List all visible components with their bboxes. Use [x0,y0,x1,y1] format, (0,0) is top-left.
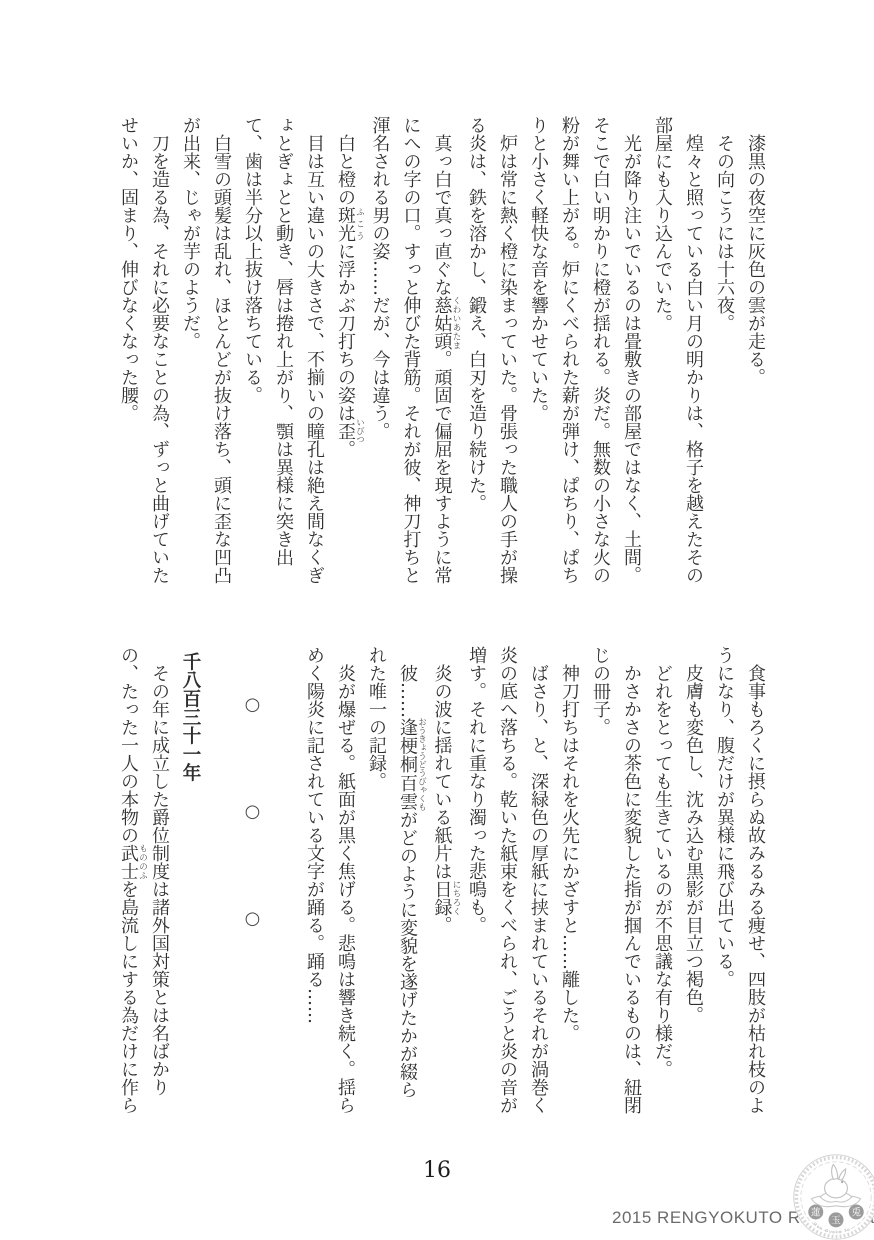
chapter-heading: 千八百三十一年 [175,646,206,1116]
stamp-kanji-ren: 蓮 [811,1205,821,1218]
paragraph: その年に成立した爵位制度は諸外国対策とは名ばかりの、たった一人の本物の武士ものの… [113,646,175,1116]
paragraph: その向こうには十六夜。 [709,116,740,586]
paragraph: 炉は常に熱く橙に染まっていた。骨張った職人の手が操る炎は、鉄を溶かし、鍛え、白刃… [461,116,523,586]
stamp-kanji-to: 兎 [851,1205,861,1218]
paragraph: 皮膚も変色し、沈み込む黒影が目立つ褐色。 [678,646,709,1116]
section-divider: ○○○ [237,646,268,1116]
paragraph: 白と橙の斑光ふこうに浮かぶ刀打ちの姿は歪いびつ。 [330,116,365,586]
book-page: { "page": { "number": "16", "copyright":… [0,0,874,1240]
paragraph: かさかさの茶色に変貌した指が掴んでいるものは、紐閉じの冊子。 [585,646,647,1116]
publisher-stamp-logo: 蓮 玉 兎 Ren Gyoku To [792,1153,874,1240]
text-block-bottom: 食事もろくに摂らぬ故みるみる痩せ、四肢が枯れ枝のようになり、腹だけが異様に飛び出… [120,646,771,1116]
paragraph: どれをとっても生きているのが不思議な有り様だ。 [647,646,678,1116]
text-block-top: 漆黒の夜空に灰色の雲が走る。その向こうには十六夜。煌々と照っている白い月の明かり… [120,116,771,586]
paragraph: 食事もろくに摂らぬ故みるみる痩せ、四肢が枯れ枝のようになり、腹だけが異様に飛び出… [709,646,771,1116]
paragraph: 炎の波に揺れている紙片は日録にちろく。 [427,646,462,1116]
paragraph: 真っ白で真っ直ぐな慈姑頭くわいあたま。頑固で偏屈を現すように常にへの字の口。すっ… [365,116,462,586]
paragraph: 光が降り注いでいるのは畳敷きの部屋ではなく、土間。そこで白い明かりに橙が揺れる。… [523,116,647,586]
paragraph: 彼……逢梗桐百雲おうきょうどうびゃくもがどのように変貌を遂げたかが綴られた唯一の… [361,646,427,1116]
paragraph: 白雪の頭髪は乱れ、ほとんどが抜け落ち、頭に歪な凹凸が出来、じゃが芋のようだ。 [175,116,237,586]
paragraph: ばさり、と、深緑色の厚紙に挟まれているそれが渦巻く炎の底へ落ちる。乾いた紙束をく… [461,646,554,1116]
paragraph: 炎が爆ぜる。紙面が黒く焦げる。悲鳴は響き続く。揺らめく陽炎に記されている文字が踊… [299,646,361,1116]
paragraph: 神刀打ちはそれを火先にかざすと……離した。 [554,646,585,1116]
page-number: 16 [0,1158,874,1183]
paragraph: 漆黒の夜空に灰色の雲が走る。 [740,116,771,586]
paragraph: 目は互い違いの大きさで、不揃いの瞳孔は絶え間なくぎょとぎょとと動き、唇は捲れ上が… [237,116,330,586]
stamp-kanji-gyoku: 玉 [831,1214,841,1226]
paragraph: 煌々と照っている白い月の明かりは、格子を越えたその部屋にも入り込んでいた。 [647,116,709,586]
paragraph: 刀を造る為、それに必要なことの為、ずっと曲げていたせいか、固まり、伸びなくなった… [113,116,175,586]
